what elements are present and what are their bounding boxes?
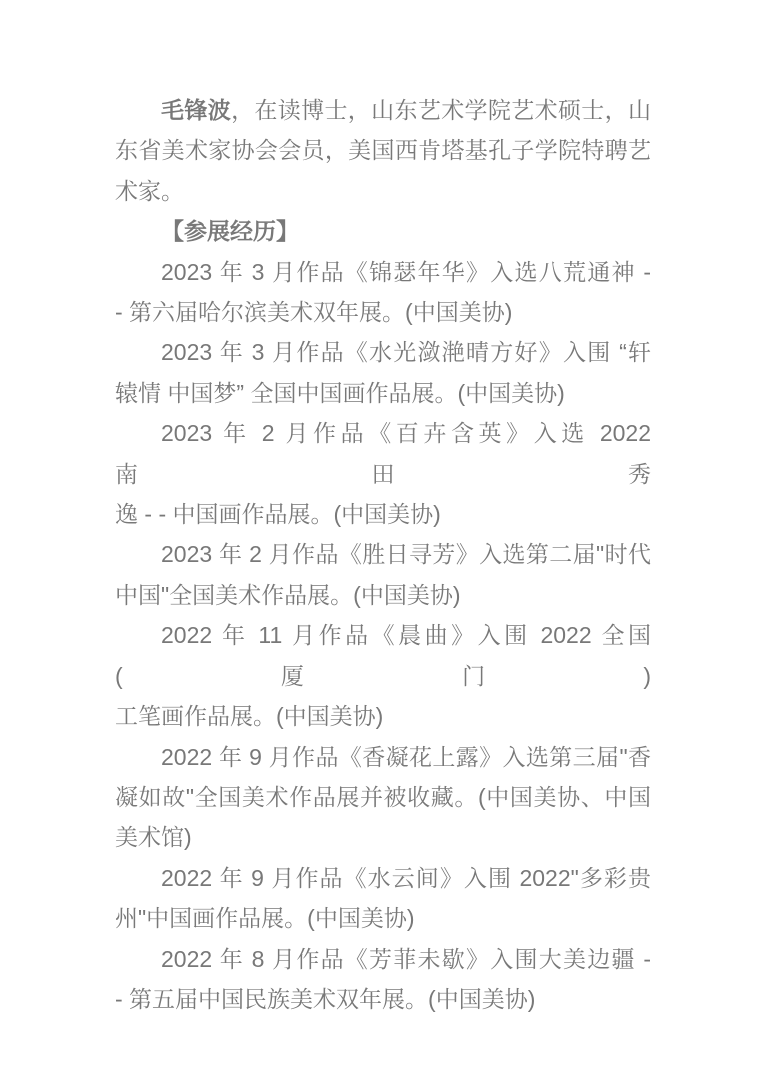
exhibition-entry-4-line: 中国"全国美术作品展。(中国美协) bbox=[115, 575, 651, 615]
exhibition-entry-5: 2022 年 11 月作品《晨曲》入围 2022 全国(厦门)工笔画作品展。(中… bbox=[115, 615, 651, 736]
exhibition-entry-8-line: - 第五届中国民族美术双年展。(中国美协) bbox=[115, 979, 651, 1019]
intro-line-1: 毛锋波，在读博士，山东艺术学院艺术硕士，山 bbox=[115, 90, 651, 130]
exhibition-entry-6-line: 美术馆) bbox=[115, 817, 651, 857]
exhibition-entry-4-line: 2023 年 2 月作品《胜日寻芳》入选第二届"时代 bbox=[115, 534, 651, 574]
exhibition-entry-2: 2023 年 3 月作品《水光潋滟晴方好》入围 “轩辕情 中国梦” 全国中国画作… bbox=[115, 332, 651, 413]
exhibition-entry-5-line: 工笔画作品展。(中国美协) bbox=[115, 696, 651, 736]
exhibition-entry-2-line: 2023 年 3 月作品《水光潋滟晴方好》入围 “轩 bbox=[115, 332, 651, 372]
intro-line: 术家。 bbox=[115, 171, 651, 211]
exhibition-entry-8-line: 2022 年 8 月作品《芳菲未歇》入围大美边疆 - bbox=[115, 939, 651, 979]
exhibition-list: 2023 年 3 月作品《锦瑟年华》入选八荒通神 -- 第六届哈尔滨美术双年展。… bbox=[115, 252, 651, 1020]
exhibition-entry-7-line: 2022 年 9 月作品《水云间》入围 2022"多彩贵 bbox=[115, 858, 651, 898]
exhibition-entry-6-line: 2022 年 9 月作品《香凝花上露》入选第三届"香 bbox=[115, 737, 651, 777]
exhibition-entry-6-line: 凝如故"全国美术作品展并被收藏。(中国美协、中国 bbox=[115, 777, 651, 817]
intro-line: 东省美术家协会会员，美国西肯塔基孔子学院特聘艺 bbox=[115, 130, 651, 170]
exhibition-entry-3: 2023 年 2 月作品《百卉含英》入选 2022 南田秀逸 - - 中国画作品… bbox=[115, 413, 651, 534]
exhibition-entry-8: 2022 年 8 月作品《芳菲未歇》入围大美边疆 -- 第五届中国民族美术双年展… bbox=[115, 939, 651, 1020]
exhibition-entry-7: 2022 年 9 月作品《水云间》入围 2022"多彩贵州"中国画作品展。(中国… bbox=[115, 858, 651, 939]
artist-name: 毛锋波 bbox=[161, 97, 231, 123]
exhibition-entry-5-line: 2022 年 11 月作品《晨曲》入围 2022 全国(厦门) bbox=[115, 615, 651, 696]
document-page: 毛锋波，在读博士，山东艺术学院艺术硕士，山 东省美术家协会会员，美国西肯塔基孔子… bbox=[0, 0, 763, 1080]
exhibition-entry-6: 2022 年 9 月作品《香凝花上露》入选第三届"香凝如故"全国美术作品展并被收… bbox=[115, 737, 651, 858]
exhibition-entry-1: 2023 年 3 月作品《锦瑟年华》入选八荒通神 -- 第六届哈尔滨美术双年展。… bbox=[115, 252, 651, 333]
intro-line-1-text: ，在读博士，山东艺术学院艺术硕士，山 bbox=[231, 97, 651, 123]
exhibition-entry-1-line: - 第六届哈尔滨美术双年展。(中国美协) bbox=[115, 292, 651, 332]
intro-paragraph: 东省美术家协会会员，美国西肯塔基孔子学院特聘艺术家。 bbox=[115, 130, 651, 211]
exhibition-entry-2-line: 辕情 中国梦” 全国中国画作品展。(中国美协) bbox=[115, 373, 651, 413]
exhibition-entry-3-line: 2023 年 2 月作品《百卉含英》入选 2022 南田秀 bbox=[115, 413, 651, 494]
exhibition-entry-3-line: 逸 - - 中国画作品展。(中国美协) bbox=[115, 494, 651, 534]
section-heading: 【参展经历】 bbox=[115, 211, 651, 251]
exhibition-entry-1-line: 2023 年 3 月作品《锦瑟年华》入选八荒通神 - bbox=[115, 252, 651, 292]
exhibition-entry-7-line: 州"中国画作品展。(中国美协) bbox=[115, 898, 651, 938]
exhibition-entry-4: 2023 年 2 月作品《胜日寻芳》入选第二届"时代中国"全国美术作品展。(中国… bbox=[115, 534, 651, 615]
